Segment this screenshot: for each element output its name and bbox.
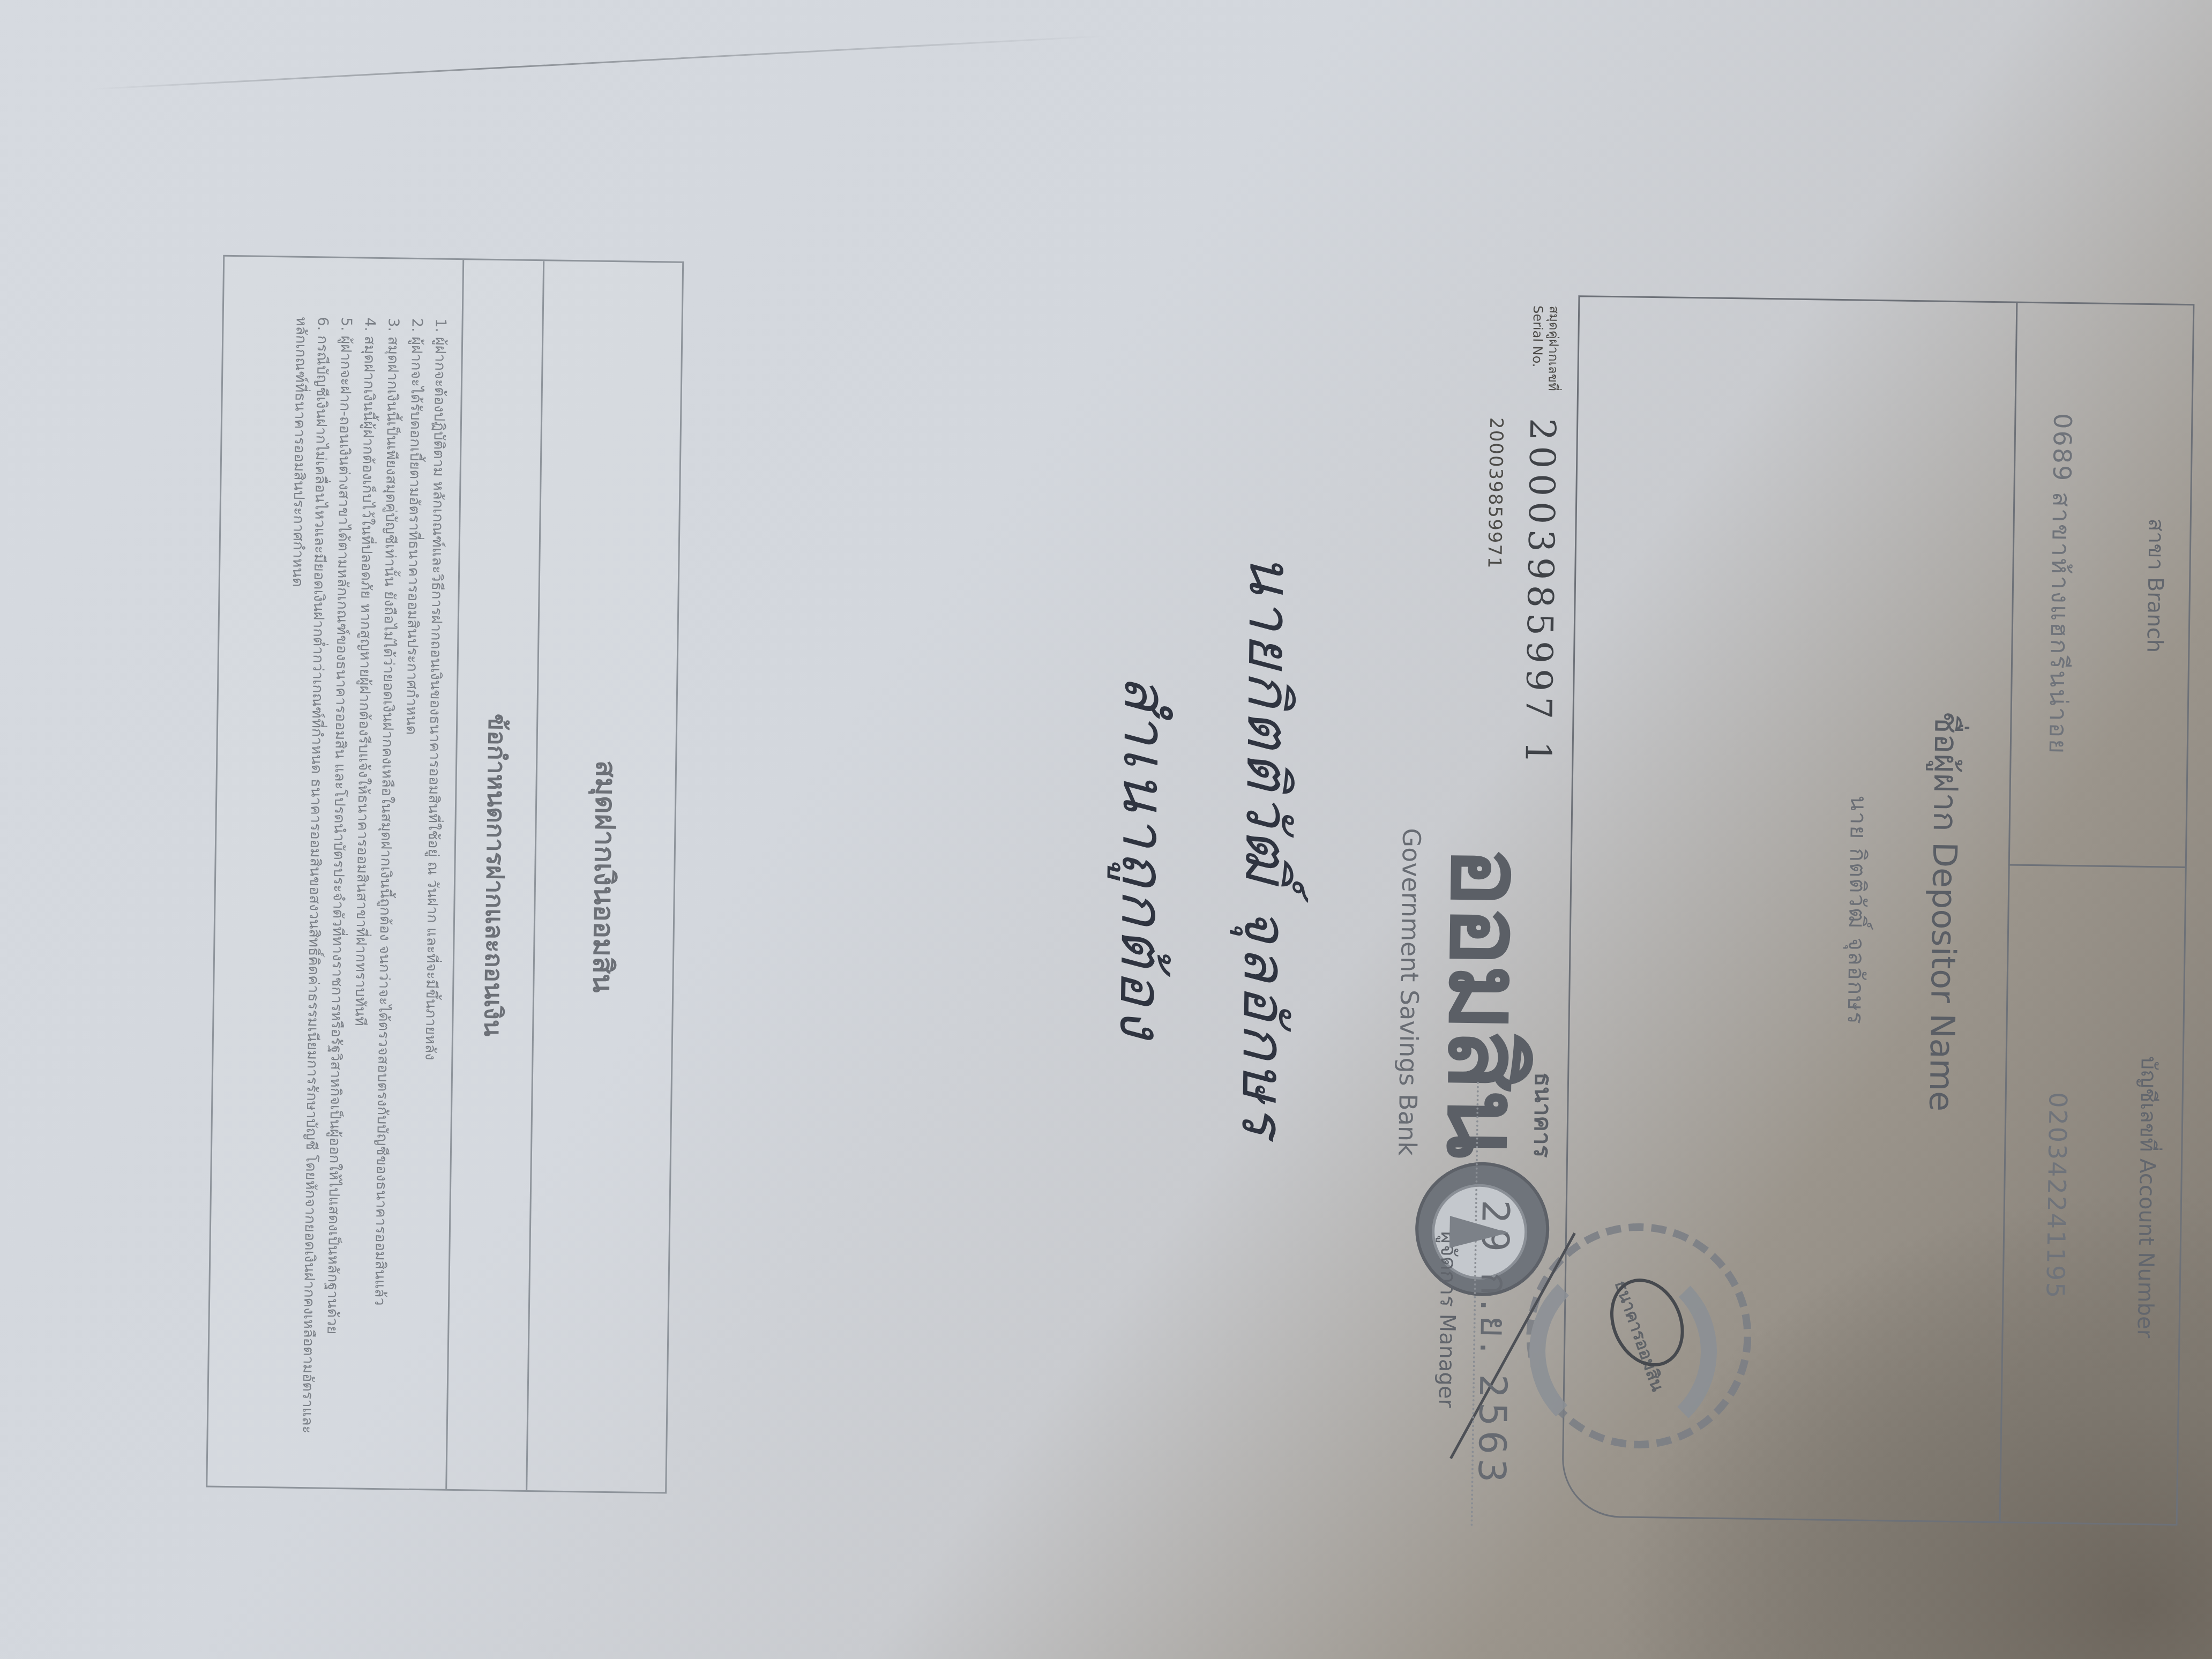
branch-account-row: สาขา Branch 0689 สาขาห้างแฮกรีนน่าอย บัญ… — [1999, 303, 2193, 1524]
serial-label-thai: สมุดคู่ฝากเลขที่ — [1545, 305, 1562, 391]
serial-label-english: Serial No. — [1529, 305, 1546, 391]
depositor-label: ชื่อผู้ฝาก Depositor Name — [1909, 302, 1979, 1521]
branch-cell: สาขา Branch 0689 สาขาห้างแฮกรีนน่าอย — [2008, 303, 2193, 869]
serial-label: สมุดคู่ฝากเลขที่ Serial No. — [1529, 305, 1562, 391]
terms-heading: ข้อกำหนดการฝากและถอนเงิน — [445, 260, 543, 1490]
handwritten-name: นายกิตติวัฒิ์ จุลอักษร — [1216, 553, 1317, 1140]
account-number-label: บัญชีเลขที่ Account Number — [2126, 868, 2169, 1527]
serial-number: 20003985997 1 — [1517, 418, 1563, 769]
bank-name-english: Government Savings Bank — [1393, 828, 1426, 1156]
branch-label: สาขา Branch — [2135, 305, 2177, 866]
handwritten-certified-copy: สำเนาถูกต้อง — [1094, 675, 1193, 1041]
account-number-value: 020342241195 — [2038, 866, 2076, 1526]
terms-panel: สมุดฝากเงินออมสิน ข้อกำหนดการฝากและถอนเง… — [206, 255, 684, 1494]
terms-list: 1. ผู้ฝากจะต้องปฏิบัติตาม หลักเกณฑ์และวิ… — [266, 257, 457, 1489]
depositor-name: นาย กิตติวัฒิ์ จุลอักษร — [1831, 301, 1884, 1520]
serial-number-printed: 200039859971 — [1483, 417, 1507, 570]
bank-name-thai: ออมสิน — [1427, 846, 1544, 1157]
account-number-cell: บัญชีเลขที่ Account Number 020342241195 — [1999, 865, 2185, 1527]
manager-label: ผู้จัดการ Manager — [1430, 1231, 1467, 1408]
bank-logo: ธนาคาร ออมสิน Government Savings Bank — [1384, 748, 1567, 1158]
branch-value: 0689 สาขาห้างแฮกรีนน่าอย — [2037, 303, 2084, 865]
passbook-title: สมุดฝากเงินออมสิน — [526, 261, 682, 1492]
passbook-document: สมุดฝากเงินออมสิน ข้อกำหนดการฝากและถอนเง… — [301, 101, 2212, 1628]
